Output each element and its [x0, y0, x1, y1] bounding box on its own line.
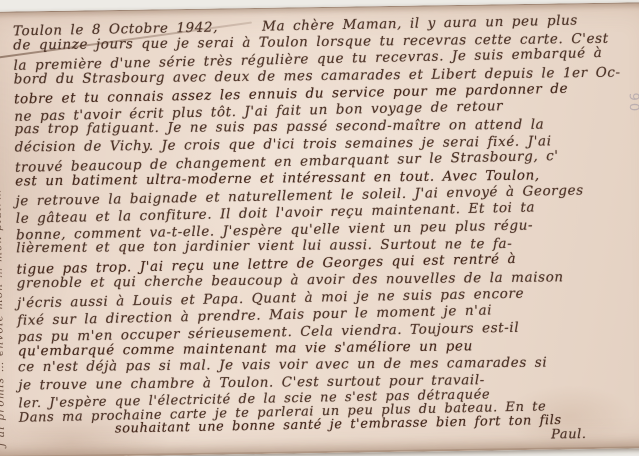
- letter-body: Toulon le 8 Octobre 1942, Ma chère Maman…: [13, 12, 639, 455]
- margin-note: J'ai promis … envoie mon … mon plair…: [0, 27, 7, 447]
- postcard-paper: J'ai promis … envoie mon … mon plair… 90…: [0, 2, 639, 456]
- scanned-postcard: J'ai promis … envoie mon … mon plair… 90…: [0, 0, 639, 456]
